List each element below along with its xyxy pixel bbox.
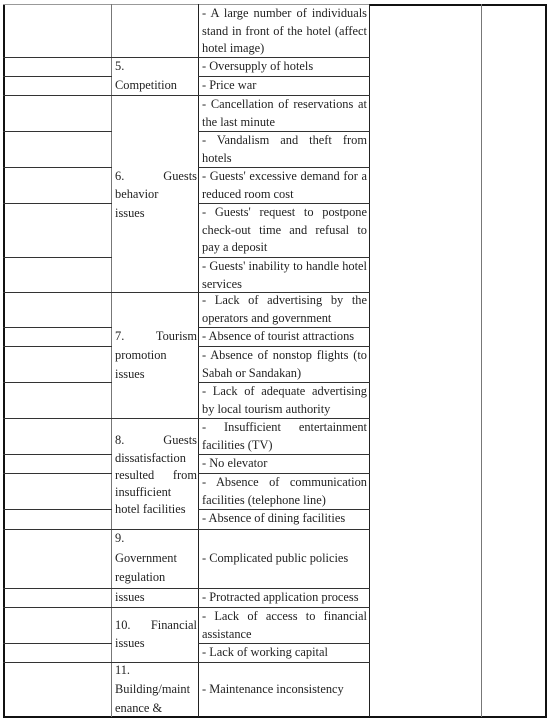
category-label: issues [115, 635, 197, 653]
issue-cell: - Absence of dining facilities [202, 510, 367, 528]
issue-cell: - Absence of nonstop flights (to Sabah o… [202, 347, 367, 382]
table-border-left [3, 4, 5, 717]
category-label: Guests [115, 432, 197, 450]
issue-cell: - Lack of adequate advertising by local … [202, 383, 367, 418]
issue-cell: - A large number of individuals stand in… [202, 5, 367, 58]
issue-cell: - Maintenance inconsistency [202, 681, 367, 699]
row-divider [3, 588, 112, 589]
category-label: Financial [115, 617, 197, 635]
category-label: Tourism [115, 328, 197, 346]
row-divider [3, 95, 112, 96]
issue-cell: - Vandalism and theft from hotels [202, 132, 367, 167]
row-divider [3, 346, 112, 347]
issue-cell: - No elevator [202, 455, 367, 473]
issue-cell: - Guests' excessive demand for a reduced… [202, 168, 367, 203]
col-divider-1 [111, 4, 112, 717]
row-divider [3, 382, 112, 383]
row-divider [3, 662, 112, 663]
issue-cell: - Guests' request to postpone check-out … [202, 204, 367, 257]
issue-cell: - Protracted application process [202, 589, 367, 607]
row-divider [3, 473, 112, 474]
category-label: from [115, 467, 197, 485]
row-divider [3, 131, 112, 132]
table-border-right [545, 4, 547, 717]
issue-cell: - Lack of advertising by the operators a… [202, 292, 367, 327]
category-label: Government [115, 550, 197, 568]
issue-cell: - Price war [202, 77, 367, 95]
col-divider-3 [369, 4, 370, 717]
table-border-top-left [3, 4, 199, 5]
issue-cell: - Cancellation of reservations at the la… [202, 96, 367, 131]
issue-cell: - Absence of communication facilities (t… [202, 474, 367, 509]
row-divider [3, 57, 112, 58]
category-label: 5. [115, 58, 197, 76]
category-label: dissatisfaction [115, 450, 197, 468]
row-divider [198, 662, 370, 663]
row-divider [3, 529, 112, 530]
category-label: insufficient [115, 484, 197, 502]
row-divider [3, 257, 112, 258]
category-label: hotel facilities [115, 501, 197, 519]
category-label: issues [115, 205, 197, 223]
row-divider [3, 509, 112, 510]
issue-cell: - Insufficient entertainment facilities … [202, 419, 367, 454]
category-label: issues [115, 366, 197, 384]
issue-cell: - Absence of tourist attractions [202, 328, 367, 346]
col-divider-2 [198, 4, 199, 717]
category-divider [111, 95, 199, 96]
category-label: issues [115, 589, 197, 607]
col-divider-4 [481, 4, 482, 717]
category-divider [111, 292, 199, 293]
issue-cell: - Lack of working capital [202, 644, 367, 662]
category-label: Guests [115, 168, 197, 186]
row-divider [3, 418, 112, 419]
issues-table: - A large number of individuals stand in… [0, 0, 549, 720]
issue-cell: - Lack of access to financial assistance [202, 608, 367, 643]
table-border-bottom [3, 716, 547, 718]
category-label: regulation [115, 569, 197, 587]
table-border-top-right [369, 4, 547, 6]
row-divider [3, 643, 112, 644]
row-divider [3, 327, 112, 328]
category-label: behavior [115, 186, 197, 204]
row-divider [198, 529, 370, 530]
issue-cell: - Complicated public policies [202, 550, 367, 568]
row-divider [3, 607, 112, 608]
row-divider [3, 454, 112, 455]
category-label: promotion [115, 347, 197, 365]
row-divider [3, 292, 112, 293]
row-divider [3, 76, 112, 77]
category-divider [111, 418, 199, 419]
category-label: Building/maint [115, 681, 197, 699]
category-label: enance & [115, 700, 197, 718]
issue-cell: - Guests' inability to handle hotel serv… [202, 258, 367, 293]
category-label: Competition [115, 77, 197, 95]
issue-cell: - Oversupply of hotels [202, 58, 367, 76]
category-divider [111, 607, 199, 608]
category-label: 9. [115, 530, 197, 548]
row-divider [3, 203, 112, 204]
category-label: 11. [115, 662, 197, 680]
row-divider [3, 167, 112, 168]
